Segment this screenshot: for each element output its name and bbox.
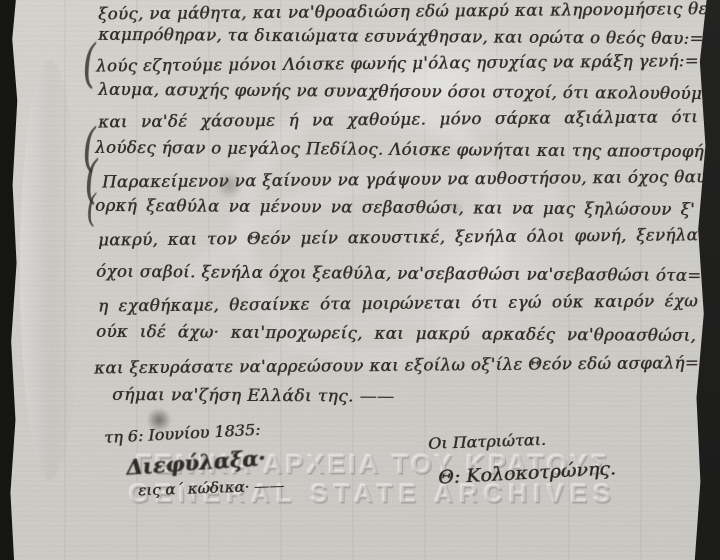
manuscript-line: ξούς, να μάθητα, και να'θροαδιώση εδώ μα… xyxy=(98,0,698,29)
manuscript-line: όχοι σαβοί. ξενήλα όχοι ξεαθύλα, να'σεβα… xyxy=(96,262,696,290)
manuscript-line: καμπρόθηραν, τα δικαιώματα εσυνάχθησαν, … xyxy=(98,25,698,53)
margin-bracket-mark: ( xyxy=(80,34,98,95)
manuscript-line: και ξεκυράσατε να'αρρεώσουν και εξοίλω ο… xyxy=(94,353,694,382)
date-line: τη 6: Ιουνίου 1835: xyxy=(104,420,261,447)
manuscript-line: ορκή ξεαθύλα να μένουν να σεβασθώσι, και… xyxy=(95,196,695,224)
manuscript-line: Παρακείμενον να ξαίνουν να γράψουν να αυ… xyxy=(102,167,702,196)
margin-bracket-mark: ( xyxy=(85,186,98,231)
manuscript-scan-page: ΓΕΝΙΚΑ ΑΡΧΕΙΑ ΤΟΥ ΚΡΑΤΟΥΣ GENERAL STATE … xyxy=(0,0,720,560)
manuscript-line: σήμαι να'ζήση Ελλάδι της. —— xyxy=(112,385,395,411)
manuscript-line: ούκ ιδέ άχω· και'προχωρείς, και μακρύ αρ… xyxy=(96,322,696,350)
archive-note-filed: Διεφύλαξα· xyxy=(125,445,266,480)
manuscript-line: λαυμα, ασυχής φωνής να συναχθήσουν όσοι … xyxy=(98,80,698,108)
attribution-line: Οι Πατριώται. xyxy=(428,430,546,453)
manuscript-line: λούδες ήσαν ο μεγάλος Πεδίλος. Λόισκε φω… xyxy=(95,138,695,166)
archive-note-codex: εις α΄ κώδικα· —— xyxy=(138,476,285,499)
manuscript-line: η εχαθήκαμε, θεσαίνκε ότα μοιρώνεται ότι… xyxy=(98,291,698,320)
scan-left-edge xyxy=(0,0,18,560)
paper-crease xyxy=(20,60,80,480)
signature-kolokotronis: Θ: Κολοκοτρώνης. xyxy=(438,457,617,488)
manuscript-line: λούς εζητούμε μόνοι Λόισκε φωνής μ'όλας … xyxy=(96,51,696,80)
manuscript-line: και να'δέ χάσουμε ή να χαθούμε. μόνο σάρ… xyxy=(98,107,698,136)
manuscript-line: μακρύ, και τον Θεόν μείν ακουστικέ, ξενή… xyxy=(98,225,698,254)
